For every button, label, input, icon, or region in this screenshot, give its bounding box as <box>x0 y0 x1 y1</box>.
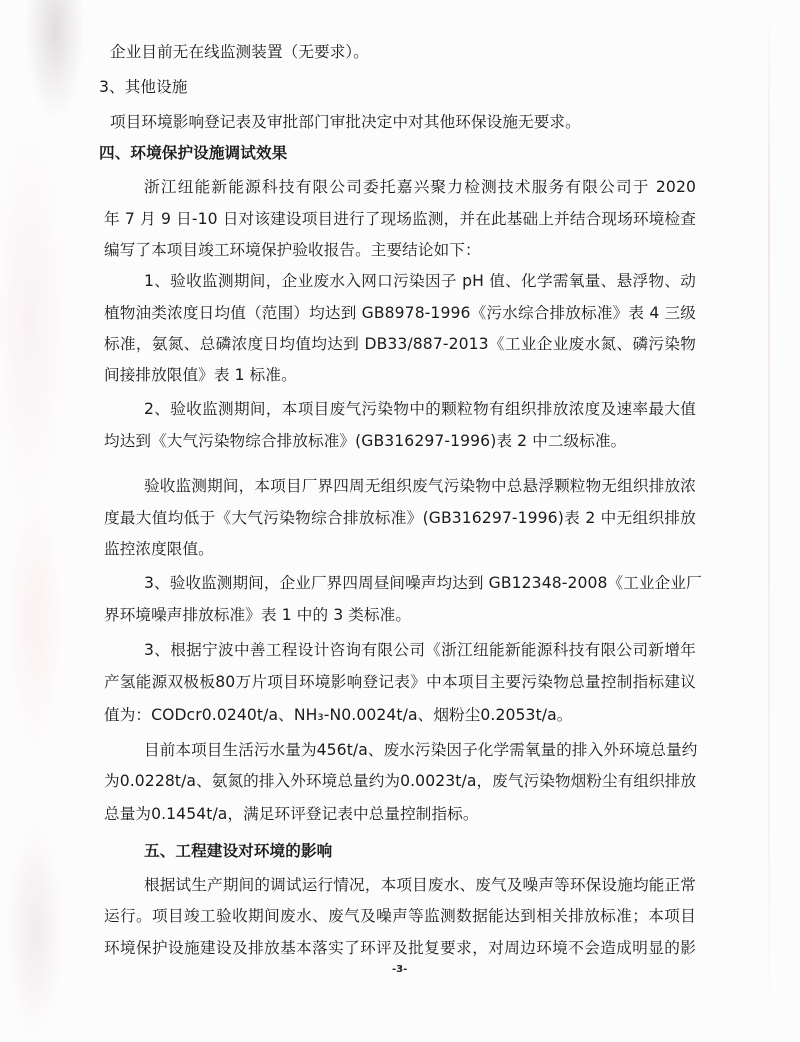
paragraph-line: 均达到《大气污染物综合排放标准》(GB316297-1996)表 2 中二级标准… <box>104 429 696 453</box>
text-line: 企业目前无在线监测装置（无要求）。 <box>110 40 696 64</box>
paragraph-line: 1、验收监测期间，企业废水入网口污染因子 pH 值、化学需氧量、悬浮物、动 <box>144 269 696 293</box>
scan-edge <box>768 0 770 1042</box>
paragraph-line: 植物油类浓度日均值（范围）均达到 GB8978-1996《污水综合排放标准》表 … <box>104 301 696 325</box>
paragraph-line: 间接排放限值》表 1 标准。 <box>104 363 696 387</box>
page-number: -3- <box>392 962 407 978</box>
paragraph-line: 为0.0228t/a、氨氮的排入外环境总量约为0.0023t/a，废气污染物烟粉… <box>104 769 696 793</box>
text-line: 项目环境影响登记表及审批部门审批决定中对其他环保设施无要求。 <box>110 110 696 134</box>
paragraph-line: 环境保护设施建设及排放基本落实了环评及批复要求，对周边环境不会造成明显的影 <box>104 936 696 960</box>
paragraph-line: 值为：CODcr0.0240t/a、NH₃-N0.0024t/a、烟粉尘0.20… <box>104 703 696 727</box>
paragraph-line: 标准，氨氮、总磷浓度日均值均达到 DB33/887-2013《工业企业废水氮、磷… <box>104 332 696 356</box>
section-heading: 五、工程建设对环境的影响 <box>144 839 696 863</box>
paragraph-line: 年 7 月 9 日-10 日对该建设项目进行了现场监测，并在此基础上并结合现场环… <box>104 207 696 231</box>
paragraph-line: 界环境噪声排放标准》表 1 中的 3 类标准。 <box>104 603 696 627</box>
paragraph-line: 3、根据宁波中善工程设计咨询有限公司《浙江纽能新能源科技有限公司新增年 <box>144 638 696 662</box>
section-heading: 四、环境保护设施调试效果 <box>99 141 691 165</box>
paragraph-line: 目前本项目生活污水量为456t/a、废水污染因子化学需氧量的排入外环境总量约 <box>144 738 696 762</box>
paragraph-line: 根据试生产期间的调试运行情况，本项目废水、废气及噪声等环保设施均能正常 <box>144 873 696 897</box>
paragraph-line: 产氢能源双极板80万片项目环境影响登记表》中本项目主要污染物总量控制指标建议 <box>104 670 696 694</box>
paragraph-line: 编写了本项目竣工环境保护验收报告。主要结论如下： <box>104 238 696 262</box>
paragraph-line: 监控浓度限值。 <box>104 537 696 561</box>
paragraph-line: 2、验收监测期间，本项目废气污染物中的颗粒物有组织排放浓度及速率最大值 <box>144 397 696 421</box>
paragraph-line: 运行。项目竣工验收期间废水、废气及噪声等监测数据能达到相关排放标准；本项目 <box>104 904 696 928</box>
scan-shadow <box>0 0 110 1042</box>
paragraph-line: 总量为0.1454t/a，满足环评登记表中总量控制指标。 <box>104 802 696 826</box>
paragraph-line: 度最大值均低于《大气污染物综合排放标准》(GB316297-1996)表 2 中… <box>104 506 696 530</box>
paragraph-line: 浙江纽能新能源科技有限公司委托嘉兴聚力检测技术服务有限公司于 2020 <box>144 175 696 199</box>
section-subheading: 3、其他设施 <box>99 75 691 99</box>
paragraph-line: 验收监测期间，本项目厂界四周无组织废气污染物中总悬浮颗粒物无组织排放浓 <box>144 474 696 498</box>
paragraph-line: 3、验收监测期间，企业厂界四周昼间噪声均达到 GB12348-2008《工业企业… <box>144 571 696 595</box>
